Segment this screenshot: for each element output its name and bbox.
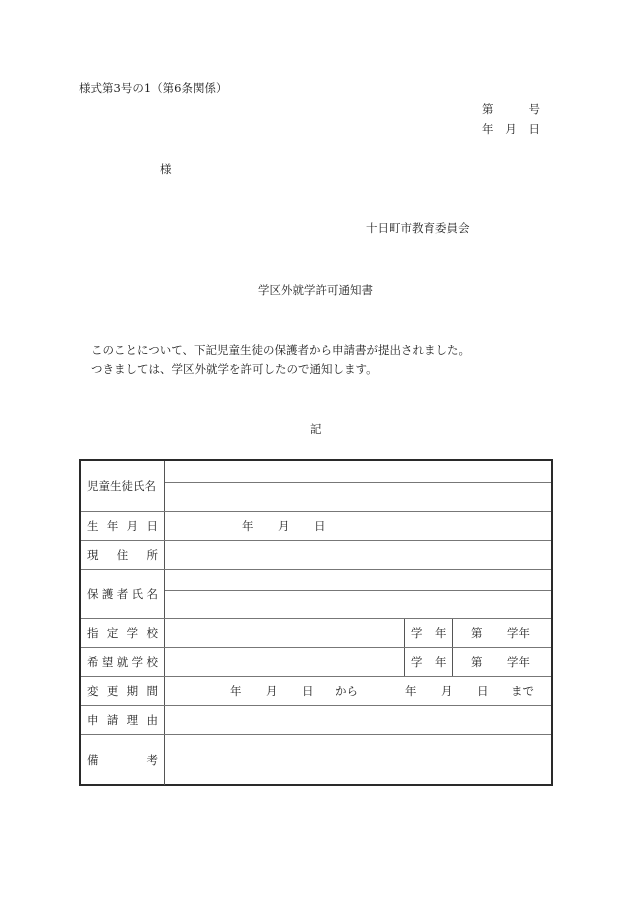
divider	[404, 648, 405, 676]
row-desired-school: 希 望 就 学 校 学 年 第 学年	[81, 647, 551, 676]
form-number: 様式第3号の1（第6条関係）	[79, 81, 227, 95]
document-number: 第 号	[482, 102, 540, 116]
divider	[452, 619, 453, 647]
birthdate-field[interactable]: 年 月 日	[165, 512, 551, 540]
row-address: 現 住 所	[81, 540, 551, 569]
label-address: 現 住 所	[81, 541, 165, 569]
reason-field[interactable]	[165, 706, 551, 734]
row-guardian-name: 保 護 者 氏 名	[81, 569, 551, 618]
furigana-divider	[165, 482, 551, 483]
row-student-name: 児童生徒氏名	[81, 461, 551, 511]
date-month: 月	[505, 122, 517, 136]
divider	[404, 619, 405, 647]
label-birthdate: 生 年 月 日	[81, 512, 165, 540]
body-line-2: つきましては、学区外就学を許可したので通知します。	[91, 362, 378, 376]
label-reason: 申 請 理 由	[81, 706, 165, 734]
address-field[interactable]	[165, 541, 551, 569]
remarks-field[interactable]	[165, 735, 551, 785]
guardian-name-field[interactable]	[165, 570, 551, 618]
desired-school-field[interactable]: 学 年 第 学年	[165, 648, 551, 676]
addressee: 様	[160, 162, 172, 176]
issuer: 十日町市教育委員会	[366, 221, 470, 235]
label-remarks: 備 考	[81, 735, 165, 785]
body-line-1: このことについて、下記児童生徒の保護者から申請書が提出されました。	[91, 343, 470, 357]
doc-no-suffix: 号	[529, 102, 541, 116]
label-student-name: 児童生徒氏名	[81, 461, 165, 511]
row-remarks: 備 考	[81, 734, 551, 785]
doc-no-prefix: 第	[482, 102, 494, 116]
date-day: 日	[529, 122, 541, 136]
row-designated-school: 指 定 学 校 学 年 第 学年	[81, 618, 551, 647]
student-name-field[interactable]	[165, 461, 551, 511]
label-guardian-name: 保 護 者 氏 名	[81, 570, 165, 618]
document-date: 年 月 日	[482, 122, 540, 136]
label-designated-school: 指 定 学 校	[81, 619, 165, 647]
label-desired-school: 希 望 就 学 校	[81, 648, 165, 676]
details-table: 児童生徒氏名 生 年 月 日 年 月 日 現 住 所 保 護	[79, 459, 553, 786]
date-year: 年	[482, 122, 494, 136]
change-period-field[interactable]: 年 月 日 から 年 月 日 まで	[165, 677, 551, 705]
row-change-period: 変 更 期 間 年 月 日 から 年 月 日 まで	[81, 676, 551, 705]
divider	[452, 648, 453, 676]
furigana-divider	[165, 590, 551, 591]
designated-school-field[interactable]: 学 年 第 学年	[165, 619, 551, 647]
row-reason: 申 請 理 由	[81, 705, 551, 734]
row-birthdate: 生 年 月 日 年 月 日	[81, 511, 551, 540]
ki-heading: 記	[310, 422, 322, 436]
label-change-period: 変 更 期 間	[81, 677, 165, 705]
document-title: 学区外就学許可通知書	[258, 283, 373, 297]
